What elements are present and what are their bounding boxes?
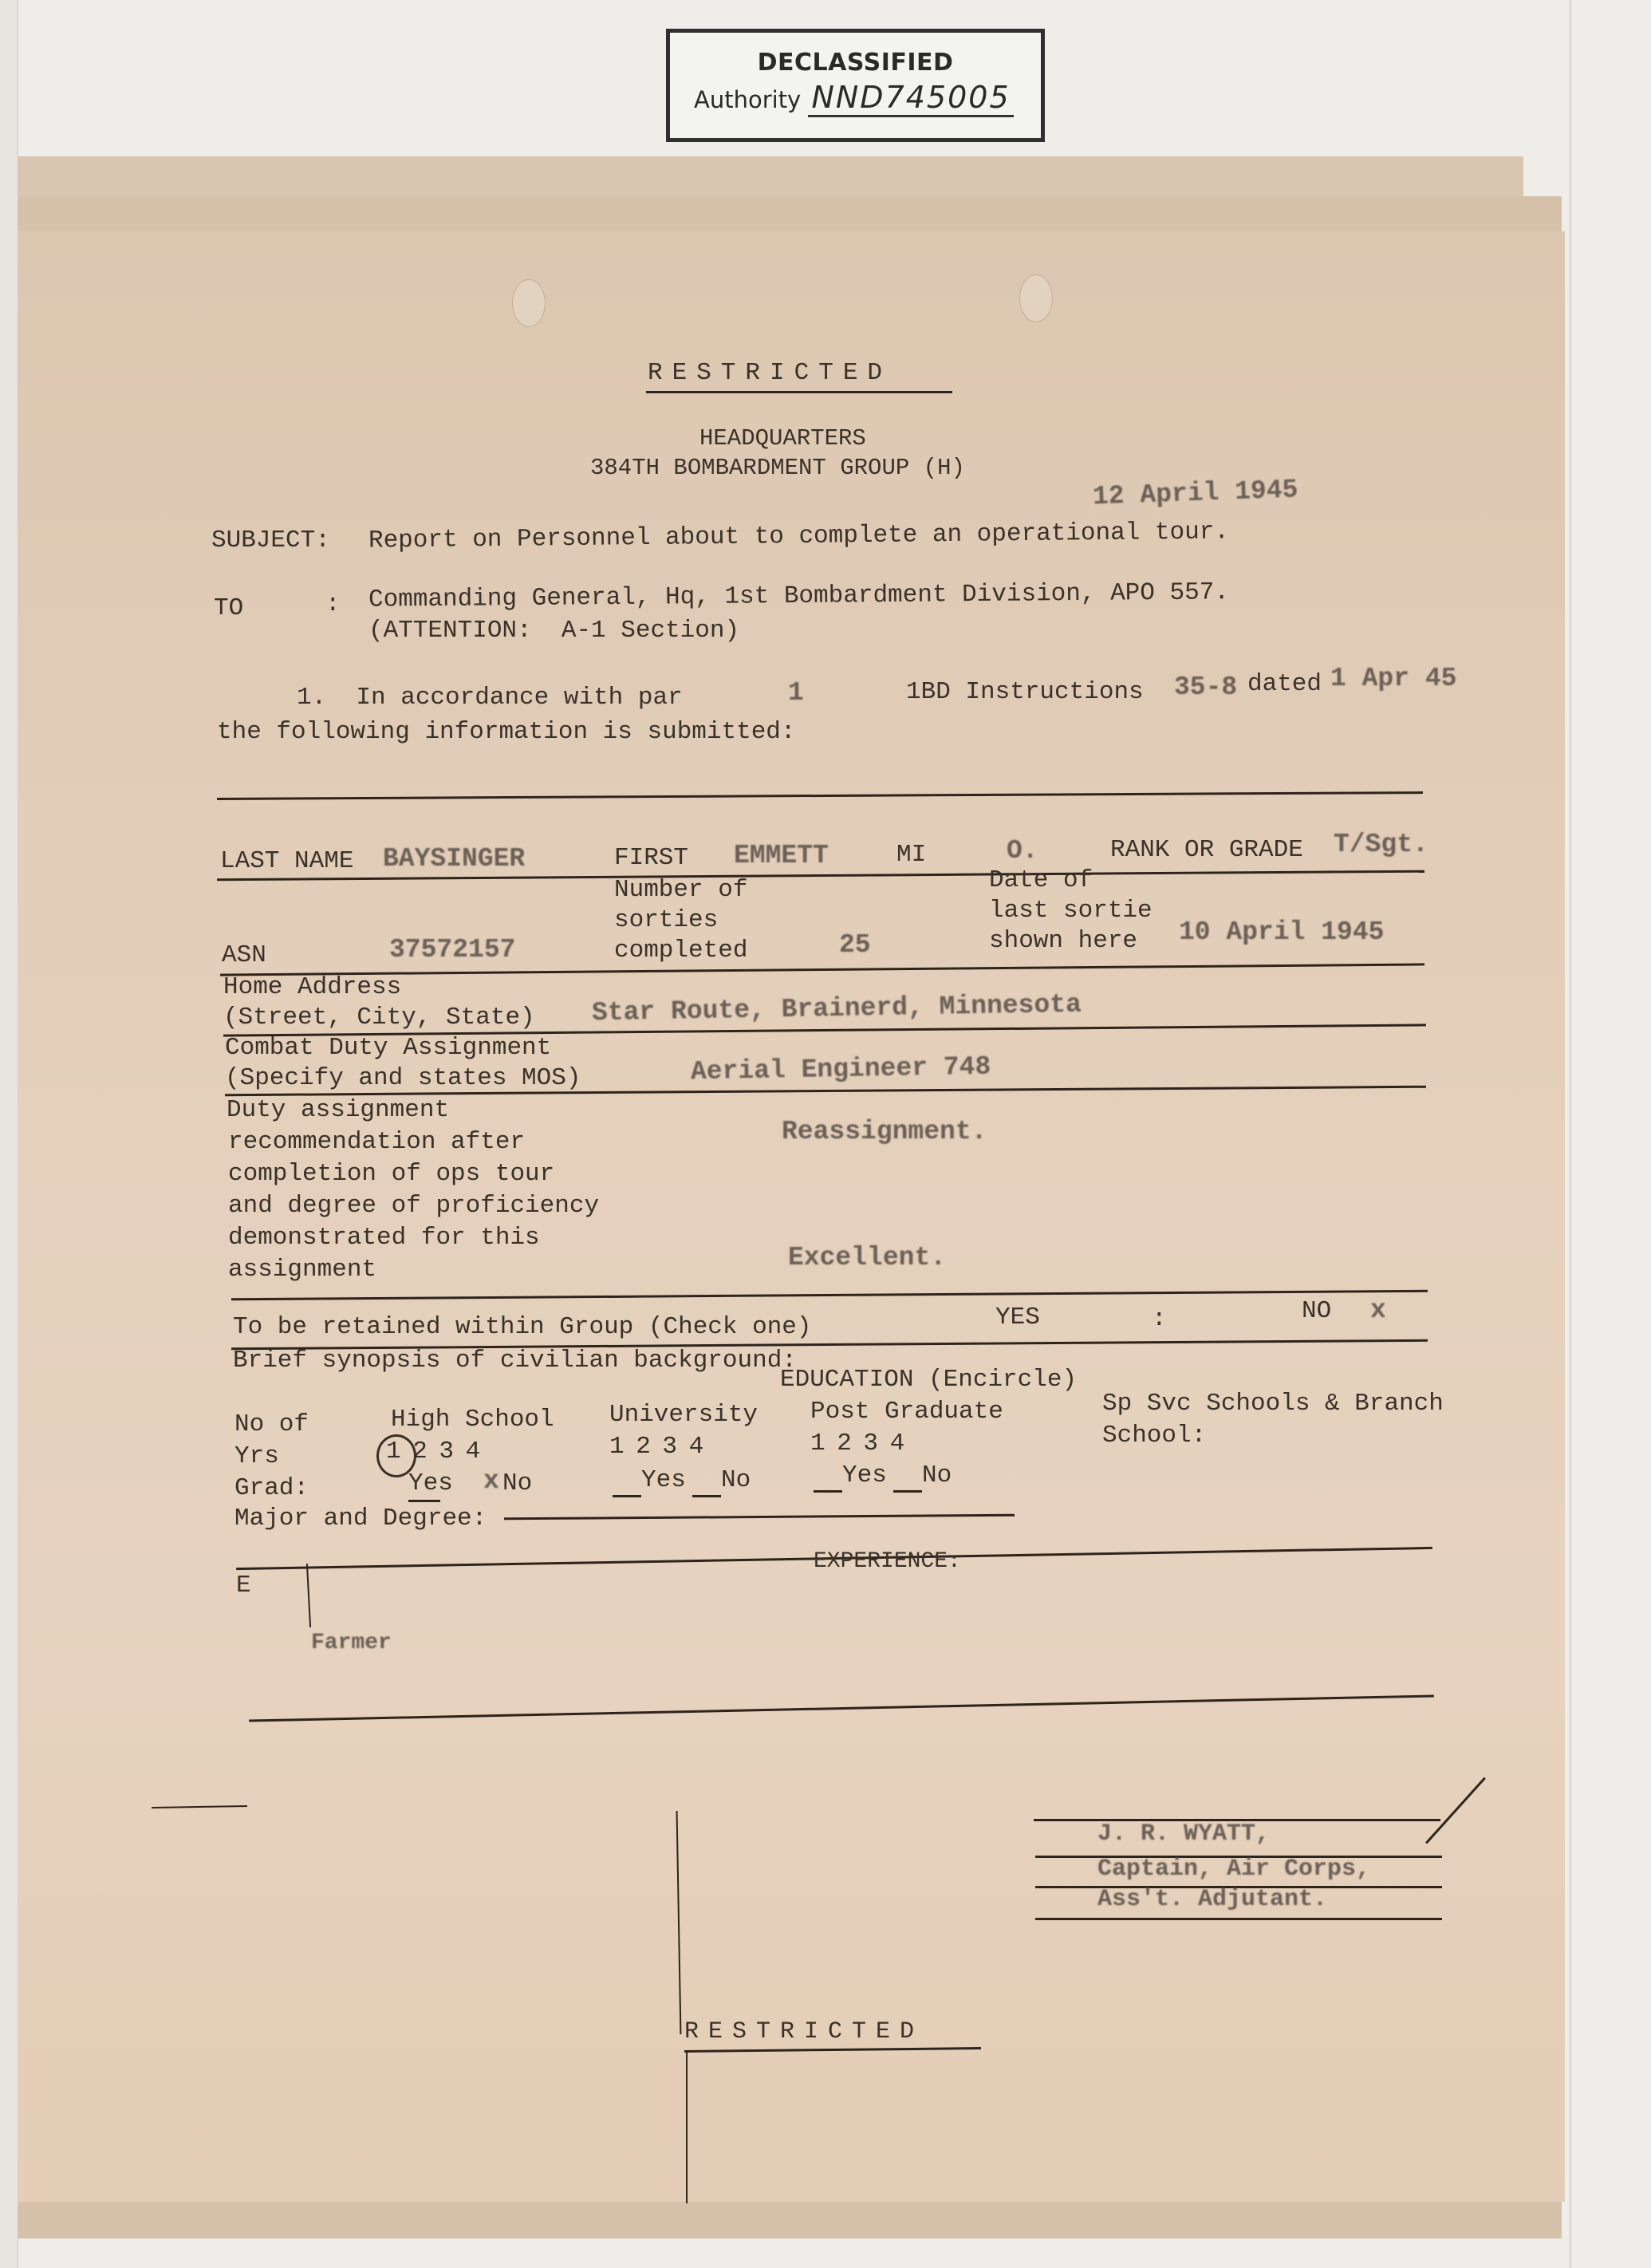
authority-label: Authority (694, 86, 801, 113)
asn-value: 37572157 (389, 935, 515, 964)
no-of-label: No of (234, 1410, 309, 1438)
last-sortie-label-3: shown here (989, 927, 1137, 955)
punch-hole-right (1019, 274, 1053, 322)
sorties-label-1: Number of (614, 876, 747, 904)
sorties-label-2: sorties (614, 906, 718, 934)
proficiency-value: Excellent. (788, 1243, 946, 1272)
post-graduate-grad-yes: Yes (842, 1461, 887, 1489)
duty-label-line: recommendation after (228, 1128, 525, 1156)
home-address-label-1: Home Address (223, 973, 401, 1001)
post-graduate-label: Post Graduate (810, 1398, 1003, 1426)
university-grad-no: No (721, 1466, 751, 1494)
para1-dated-value: 1 Apr 45 (1330, 664, 1456, 693)
retain-no-mark: x (1370, 1296, 1386, 1325)
yrs-label: Yrs (234, 1442, 279, 1470)
high-school-label: High School (391, 1406, 554, 1434)
para1-dated-label: dated (1247, 670, 1322, 698)
duty-label-line: and degree of proficiency (228, 1192, 599, 1220)
university-grad-yes-blank (613, 1495, 641, 1497)
retain-no-label: NO (1302, 1297, 1331, 1325)
declassified-stamp: DECLASSIFIED Authority NND745005 (666, 29, 1045, 142)
retain-label: To be retained within Group (Check one) (233, 1313, 812, 1341)
combat-duty-label-1: Combat Duty Assignment (225, 1034, 551, 1062)
university-grad-no-blank (692, 1495, 721, 1497)
post-graduate-grad-no: No (922, 1461, 952, 1489)
first-name-value: EMMETT (734, 841, 829, 870)
subject-label: SUBJECT: (211, 527, 330, 554)
combat-duty-value: Aerial Engineer 748 (691, 1052, 991, 1087)
rank-value: T/Sgt. (1334, 830, 1428, 859)
last-sortie-label-2: last sortie (989, 897, 1153, 925)
mi-value: O. (1007, 836, 1038, 866)
experience-value: Farmer (311, 1631, 392, 1655)
signature-name: J. R. WYATT, (1097, 1820, 1270, 1848)
pencil-line-lower (686, 2050, 688, 2203)
org-line-1: HEADQUARTERS (699, 425, 866, 452)
authority-value: NND745005 (808, 80, 1013, 117)
to-line-2: (ATTENTION: A-1 Section) (368, 617, 739, 645)
post-graduate-years: 1 2 3 4 (810, 1430, 903, 1457)
last-name-value: BAYSINGER (383, 844, 525, 874)
last-sortie-label-1: Date of (989, 866, 1093, 894)
sorties-label-3: completed (614, 937, 747, 964)
duty-label-line: completion of ops tour (228, 1160, 554, 1188)
post-graduate-grad-yes-blank (814, 1490, 842, 1493)
para1-line-2: the following information is submitted: (217, 718, 796, 746)
sorties-value: 25 (839, 930, 871, 960)
retain-separator: : (1152, 1305, 1167, 1333)
duty-label-line: Duty assignment (227, 1096, 449, 1124)
to-label: TO (214, 594, 243, 622)
combat-duty-label-2: (Specify and states MOS) (225, 1064, 581, 1092)
declassified-title: DECLASSIFIED (670, 49, 1041, 77)
education-label: EDUCATION (Encircle) (780, 1366, 1077, 1394)
duty-label-line: demonstrated for this (228, 1224, 540, 1252)
retain-yes-label: YES (995, 1304, 1040, 1331)
sp-svc-label-1: Sp Svc Schools & Branch (1102, 1390, 1444, 1418)
mi-label: MI (896, 841, 926, 869)
major-degree-label: Major and Degree: (234, 1505, 487, 1532)
university-grad-yes: Yes (641, 1466, 686, 1494)
duty-label-line: assignment (228, 1256, 376, 1284)
duty-recommendation-value: Reassignment. (782, 1117, 987, 1146)
para1-prefix: 1. In accordance with par (297, 684, 683, 712)
asn-label: ASN (222, 941, 266, 969)
punch-hole-left (512, 279, 546, 327)
high-school-grad-yes: Yes (408, 1469, 453, 1497)
high-school-grad-yes-blank (408, 1500, 440, 1502)
grad-label: Grad: (234, 1474, 309, 1502)
synopsis-label: Brief synopsis of civilian background: (233, 1347, 797, 1375)
to-colon: : (325, 590, 341, 618)
para1-instructions-value: 35-8 (1174, 673, 1237, 702)
scan-left-edge (0, 0, 18, 2268)
last-sortie-value: 10 April 1945 (1179, 917, 1384, 947)
sp-svc-label-2: School: (1102, 1422, 1206, 1450)
rank-label: RANK OR GRADE (1110, 836, 1303, 864)
university-label: University (609, 1401, 758, 1429)
experience-label: EXPERIENCE: (814, 1549, 961, 1574)
post-graduate-grad-no-blank (893, 1490, 922, 1493)
org-line-2: 384TH BOMBARDMENT GROUP (H) (590, 455, 965, 481)
para1-par-value: 1 (788, 678, 804, 708)
university-years: 1 2 3 4 (609, 1433, 702, 1461)
high-school-grad-no-mark: x (483, 1466, 499, 1496)
experience-marker: E (236, 1572, 251, 1599)
signature-title: Ass't. Adjutant. (1097, 1886, 1327, 1913)
classification-header: RESTRICTED (648, 359, 892, 387)
classification-underline (646, 391, 952, 393)
para1-instructions-label: 1BD Instructions (906, 678, 1144, 706)
last-name-label: LAST NAME (220, 847, 353, 875)
scan-margin-line (1570, 0, 1571, 2268)
authority-line: Authority NND745005 (670, 80, 1041, 117)
high-school-grad-no: No (502, 1469, 532, 1497)
signature-rule-4 (1035, 1918, 1442, 1920)
signature-rank: Captain, Air Corps, (1097, 1856, 1370, 1883)
home-address-label-2: (Street, City, State) (223, 1004, 535, 1031)
first-name-label: FIRST (614, 844, 688, 872)
classification-footer: RESTRICTED (684, 2018, 924, 2045)
